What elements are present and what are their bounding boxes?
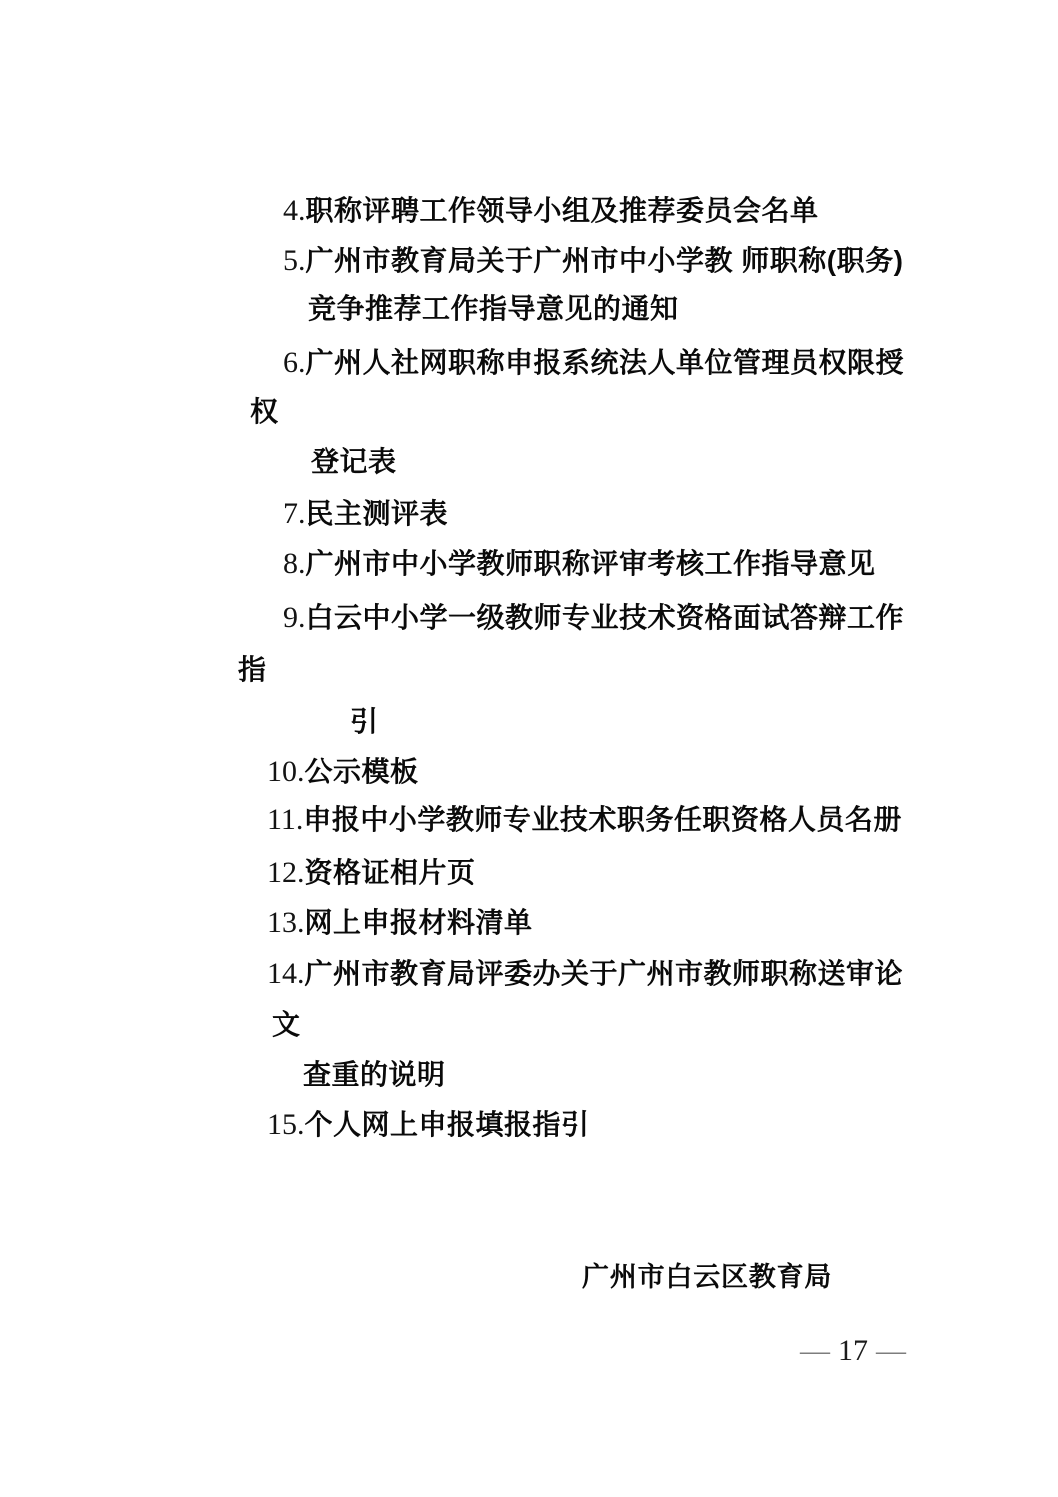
footer-dash-right: — bbox=[876, 1334, 906, 1367]
list-item-12-number: 12. bbox=[267, 856, 305, 889]
list-item-12-text: 资格证相片页 bbox=[305, 857, 476, 888]
list-item-9-continuation-indent: 引 bbox=[350, 708, 379, 736]
list-item-6-continuation-hanging: 权 bbox=[250, 398, 279, 426]
list-item-14-text: 广州市教育局评委办关于广州市教师职称送审论 bbox=[305, 958, 904, 989]
list-item-13: 13.网上申报材料清单 bbox=[267, 908, 533, 938]
list-item-11: 11.申报中小学教师专业技术职务任职资格人员名册 bbox=[267, 805, 902, 835]
list-item-6-text: 广州人社网职称申报系统法人单位管理员权限授 bbox=[306, 347, 905, 378]
list-item-8-text: 广州市中小学教师职称评审考核工作指导意见 bbox=[306, 548, 876, 579]
list-item-5: 5.广州市教育局关于广州市中小学教 师职称(职务) bbox=[283, 246, 903, 276]
list-item-4-text: 职称评聘工作领导小组及推荐委员会名单 bbox=[306, 195, 819, 226]
list-item-5-text: 广州市教育局关于广州市中小学教 师职称(职务) bbox=[306, 245, 904, 276]
list-item-10-text: 公示模板 bbox=[305, 756, 419, 787]
list-item-5-continuation-text: 竞争推荐工作指导意见的通知 bbox=[308, 293, 679, 324]
list-item-4: 4.职称评聘工作领导小组及推荐委员会名单 bbox=[283, 196, 819, 226]
footer-dash-left: — bbox=[800, 1334, 830, 1367]
list-item-10-number: 10. bbox=[267, 755, 305, 788]
page-number: 17 bbox=[838, 1334, 868, 1367]
list-item-6: 6.广州人社网职称申报系统法人单位管理员权限授 bbox=[283, 348, 904, 378]
list-item-10: 10.公示模板 bbox=[267, 757, 419, 787]
signature-issuer: 广州市白云区教育局 bbox=[582, 1264, 832, 1291]
document-page: 4.职称评聘工作领导小组及推荐委员会名单 5.广州市教育局关于广州市中小学教 师… bbox=[0, 0, 1058, 1497]
list-item-14-indent-text: 查重的说明 bbox=[303, 1059, 446, 1090]
list-item-15-text: 个人网上申报填报指引 bbox=[305, 1109, 590, 1140]
list-item-14-hanging-text: 文 bbox=[272, 1009, 301, 1040]
list-item-13-number: 13. bbox=[267, 906, 305, 939]
list-item-9-hanging-text: 指 bbox=[238, 654, 267, 685]
list-item-15: 15.个人网上申报填报指引 bbox=[267, 1110, 590, 1140]
list-item-6-hanging-text: 权 bbox=[250, 396, 279, 427]
list-item-14-continuation-indent: 查重的说明 bbox=[303, 1061, 446, 1089]
list-item-7: 7.民主测评表 bbox=[283, 499, 448, 529]
list-item-11-text: 申报中小学教师专业技术职务任职资格人员名册 bbox=[303, 804, 902, 835]
list-item-14-number: 14. bbox=[267, 957, 305, 990]
list-item-9-continuation-hanging: 指 bbox=[238, 656, 267, 684]
list-item-7-text: 民主测评表 bbox=[306, 498, 449, 529]
list-item-9: 9.白云中小学一级教师专业技术资格面试答辩工作 bbox=[283, 603, 904, 633]
list-item-9-indent-text: 引 bbox=[350, 706, 379, 737]
list-item-5-number: 5. bbox=[283, 244, 306, 277]
list-item-15-number: 15. bbox=[267, 1108, 305, 1141]
list-item-11-number: 11. bbox=[267, 803, 303, 836]
list-item-5-continuation: 竞争推荐工作指导意见的通知 bbox=[308, 295, 679, 323]
list-item-7-number: 7. bbox=[283, 497, 306, 530]
list-item-9-number: 9. bbox=[283, 601, 306, 634]
list-item-6-number: 6. bbox=[283, 346, 306, 379]
list-item-14: 14.广州市教育局评委办关于广州市教师职称送审论 bbox=[267, 959, 903, 989]
list-item-4-number: 4. bbox=[283, 194, 306, 227]
list-item-9-text: 白云中小学一级教师专业技术资格面试答辩工作 bbox=[306, 602, 905, 633]
list-item-8-number: 8. bbox=[283, 547, 306, 580]
list-item-6-continuation-indent: 登记表 bbox=[311, 448, 397, 476]
list-item-6-indent-text: 登记表 bbox=[311, 446, 397, 477]
list-item-12: 12.资格证相片页 bbox=[267, 858, 476, 888]
page-footer: —17— bbox=[800, 1336, 906, 1366]
list-item-8: 8.广州市中小学教师职称评审考核工作指导意见 bbox=[283, 549, 876, 579]
list-item-13-text: 网上申报材料清单 bbox=[305, 907, 533, 938]
list-item-14-continuation-hanging: 文 bbox=[272, 1011, 301, 1039]
